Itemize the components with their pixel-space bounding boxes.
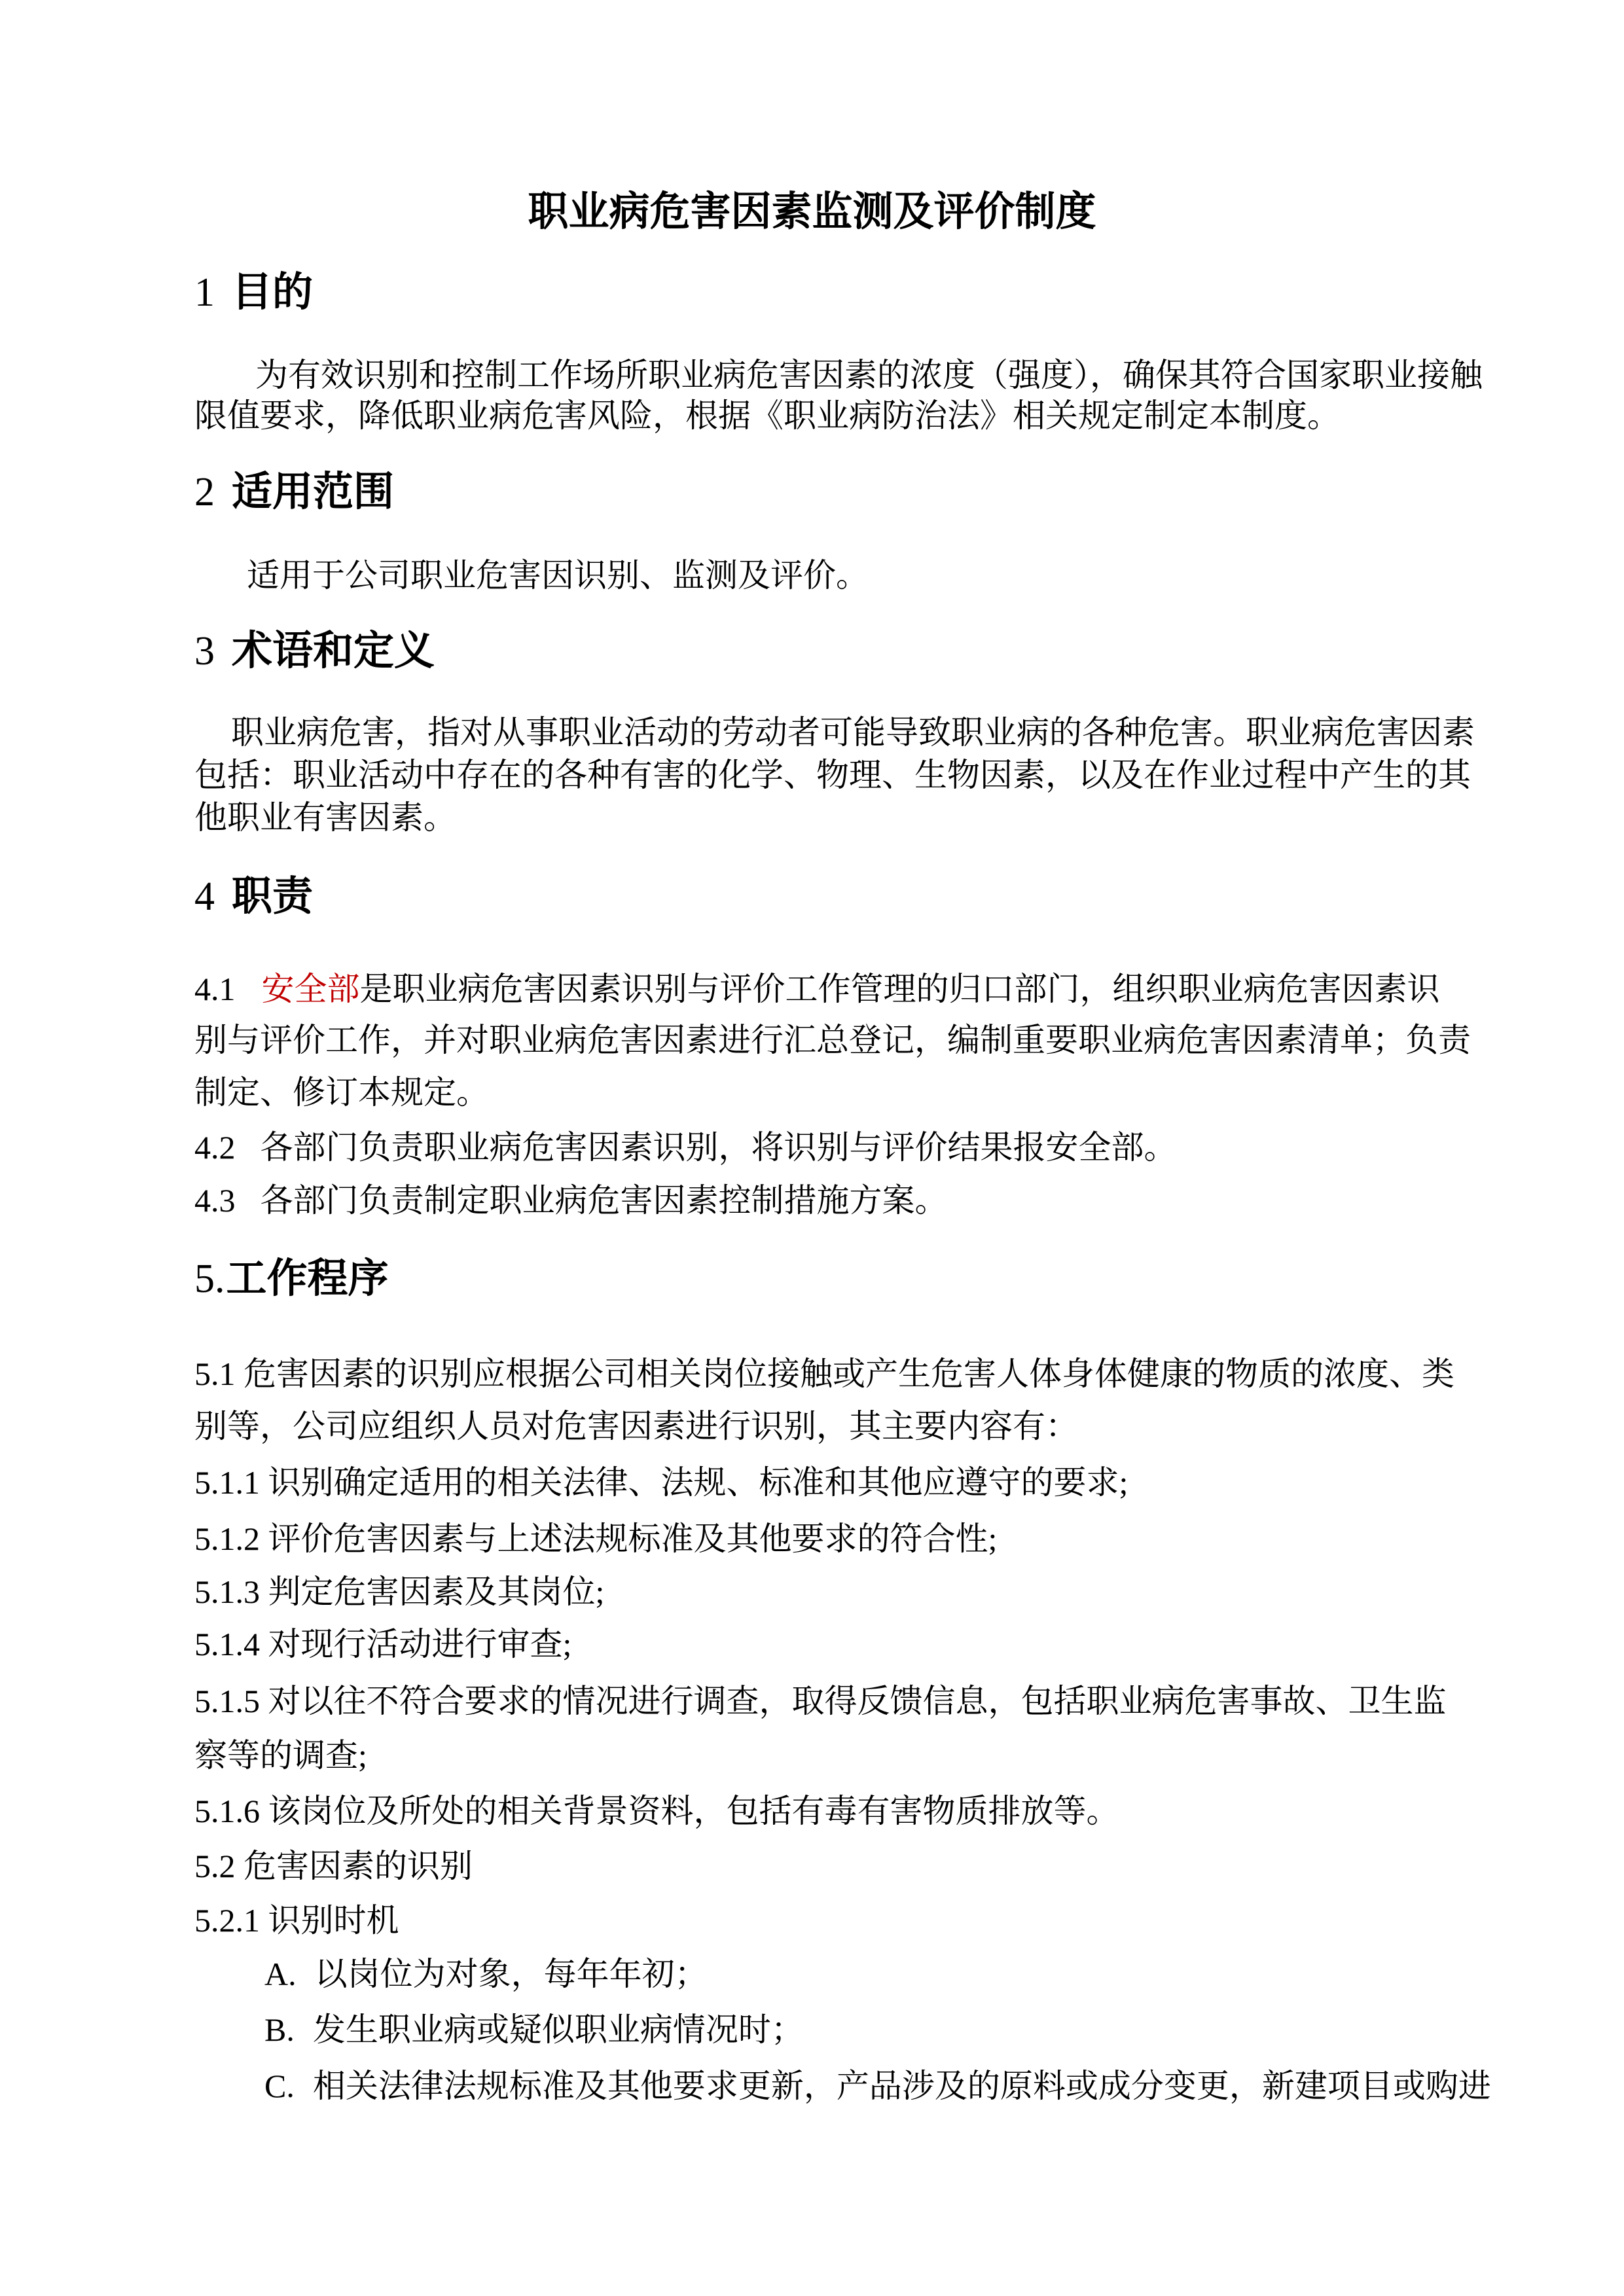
section-heading-4: 4职责 [194, 872, 313, 921]
list-item-c: C.相关法律法规标准及其他要求更新，产品涉及的原料或成分变更，新建项目或购进 [264, 2066, 1491, 2106]
clause-4-3: 4.3各部门负责制定职业病危害因素控制措施方案。 [194, 1180, 948, 1221]
section-heading-text: 适用范围 [232, 469, 394, 514]
section-heading-3: 3术语和定义 [194, 627, 435, 675]
document-page: 职业病危害因素监测及评价制度 1目的 为有效识别和控制工作场所职业病危害因素的浓… [0, 0, 1624, 2296]
section-number: 1 [194, 270, 215, 315]
clause-5-1-line-2: 别等，公司应组织人员对危害因素进行识别，其主要内容有： [194, 1406, 1078, 1446]
section-heading-text: 目的 [232, 270, 313, 315]
list-item-label: C. [264, 2068, 295, 2104]
list-item-text: 以岗位为对象，每年年初； [315, 1956, 708, 1992]
document-title: 职业病危害因素监测及评价制度 [0, 188, 1624, 236]
paragraph-line: 限值要求，降低职业病危害风险，根据《职业病防治法》相关规定制定本制度。 [194, 395, 1340, 436]
list-item-a: A.以岗位为对象，每年年初； [264, 1954, 708, 1994]
list-item-b: B.发生职业病或疑似职业病情况时； [264, 2009, 804, 2050]
list-item-label: B. [264, 2011, 295, 2048]
paragraph-line: 他职业有害因素。 [194, 797, 456, 838]
clause-text: 各部门负责职业病危害因素识别，将识别与评价结果报安全部。 [261, 1129, 1177, 1166]
clause-number: 4.1 [194, 971, 236, 1007]
section-heading-text: 工作程序 [226, 1256, 389, 1301]
clause-5-1-4: 5.1.4 对现行活动进行审查; [194, 1624, 571, 1664]
clause-text: 是职业病危害因素识别与评价工作管理的归口部门，组织职业病危害因素识 [360, 971, 1440, 1007]
clause-4-1-line-2: 别与评价工作，并对职业病危害因素进行汇总登记，编制重要职业病危害因素清单；负责 [194, 1020, 1471, 1060]
clause-5-2: 5.2 危害因素的识别 [194, 1846, 473, 1886]
section-number: 3 [194, 629, 215, 673]
section-heading-2: 2适用范围 [194, 468, 394, 516]
section-number: 4 [194, 874, 215, 919]
clause-number: 4.3 [194, 1182, 236, 1219]
section-heading-text: 职责 [232, 874, 313, 919]
paragraph-line: 职业病危害，指对从事职业活动的劳动者可能导致职业病的各种危害。职业病危害因素 [231, 712, 1475, 753]
clause-text: 各部门负责制定职业病危害因素控制措施方案。 [261, 1182, 948, 1219]
clause-number: 4.2 [194, 1129, 236, 1166]
clause-4-1-line-3: 制定、修订本规定。 [194, 1072, 489, 1113]
clause-5-1-3: 5.1.3 判定危害因素及其岗位; [194, 1571, 604, 1612]
clause-5-1-line-1: 5.1 危害因素的识别应根据公司相关岗位接触或产生危害人体身体健康的物质的浓度、… [194, 1354, 1454, 1394]
clause-5-1-6: 5.1.6 该岗位及所处的相关背景资料，包括有毒有害物质排放等。 [194, 1791, 1119, 1831]
clause-5-1-5-line-1: 5.1.5 对以往不符合要求的情况进行调查，取得反馈信息，包括职业病危害事故、卫… [194, 1681, 1447, 1721]
clause-5-2-1: 5.2.1 识别时机 [194, 1900, 399, 1941]
clause-5-1-1: 5.1.1 识别确定适用的相关法律、法规、标准和其他应遵守的要求; [194, 1462, 1128, 1503]
clause-4-2: 4.2各部门负责职业病危害因素识别，将识别与评价结果报安全部。 [194, 1127, 1177, 1168]
section-heading-1: 1目的 [194, 268, 313, 317]
department-name-highlight: 安全部 [262, 971, 360, 1007]
section-number: 5. [194, 1257, 225, 1301]
list-item-label: A. [264, 1956, 297, 1992]
section-heading-text: 术语和定义 [232, 628, 435, 673]
list-item-text: 发生职业病或疑似职业病情况时； [313, 2011, 804, 2048]
section-heading-5: 5.工作程序 [194, 1255, 389, 1303]
clause-4-1-line-1: 4.1安全部是职业病危害因素识别与评价工作管理的归口部门，组织职业病危害因素识 [194, 969, 1440, 1009]
paragraph-line: 包括：职业活动中存在的各种有害的化学、物理、生物因素，以及在作业过程中产生的其 [194, 755, 1471, 795]
clause-5-1-2: 5.1.2 评价危害因素与上述法规标准及其他要求的符合性; [194, 1518, 997, 1559]
paragraph-line: 为有效识别和控制工作场所职业病危害因素的浓度（强度），确保其符合国家职业接触 [255, 355, 1483, 395]
paragraph-line: 适用于公司职业危害因识别、监测及评价。 [247, 555, 869, 596]
clause-5-1-5-line-2: 察等的调查; [194, 1735, 367, 1776]
section-number: 2 [194, 470, 215, 514]
list-item-text: 相关法律法规标准及其他要求更新，产品涉及的原料或成分变更，新建项目或购进 [313, 2068, 1491, 2104]
